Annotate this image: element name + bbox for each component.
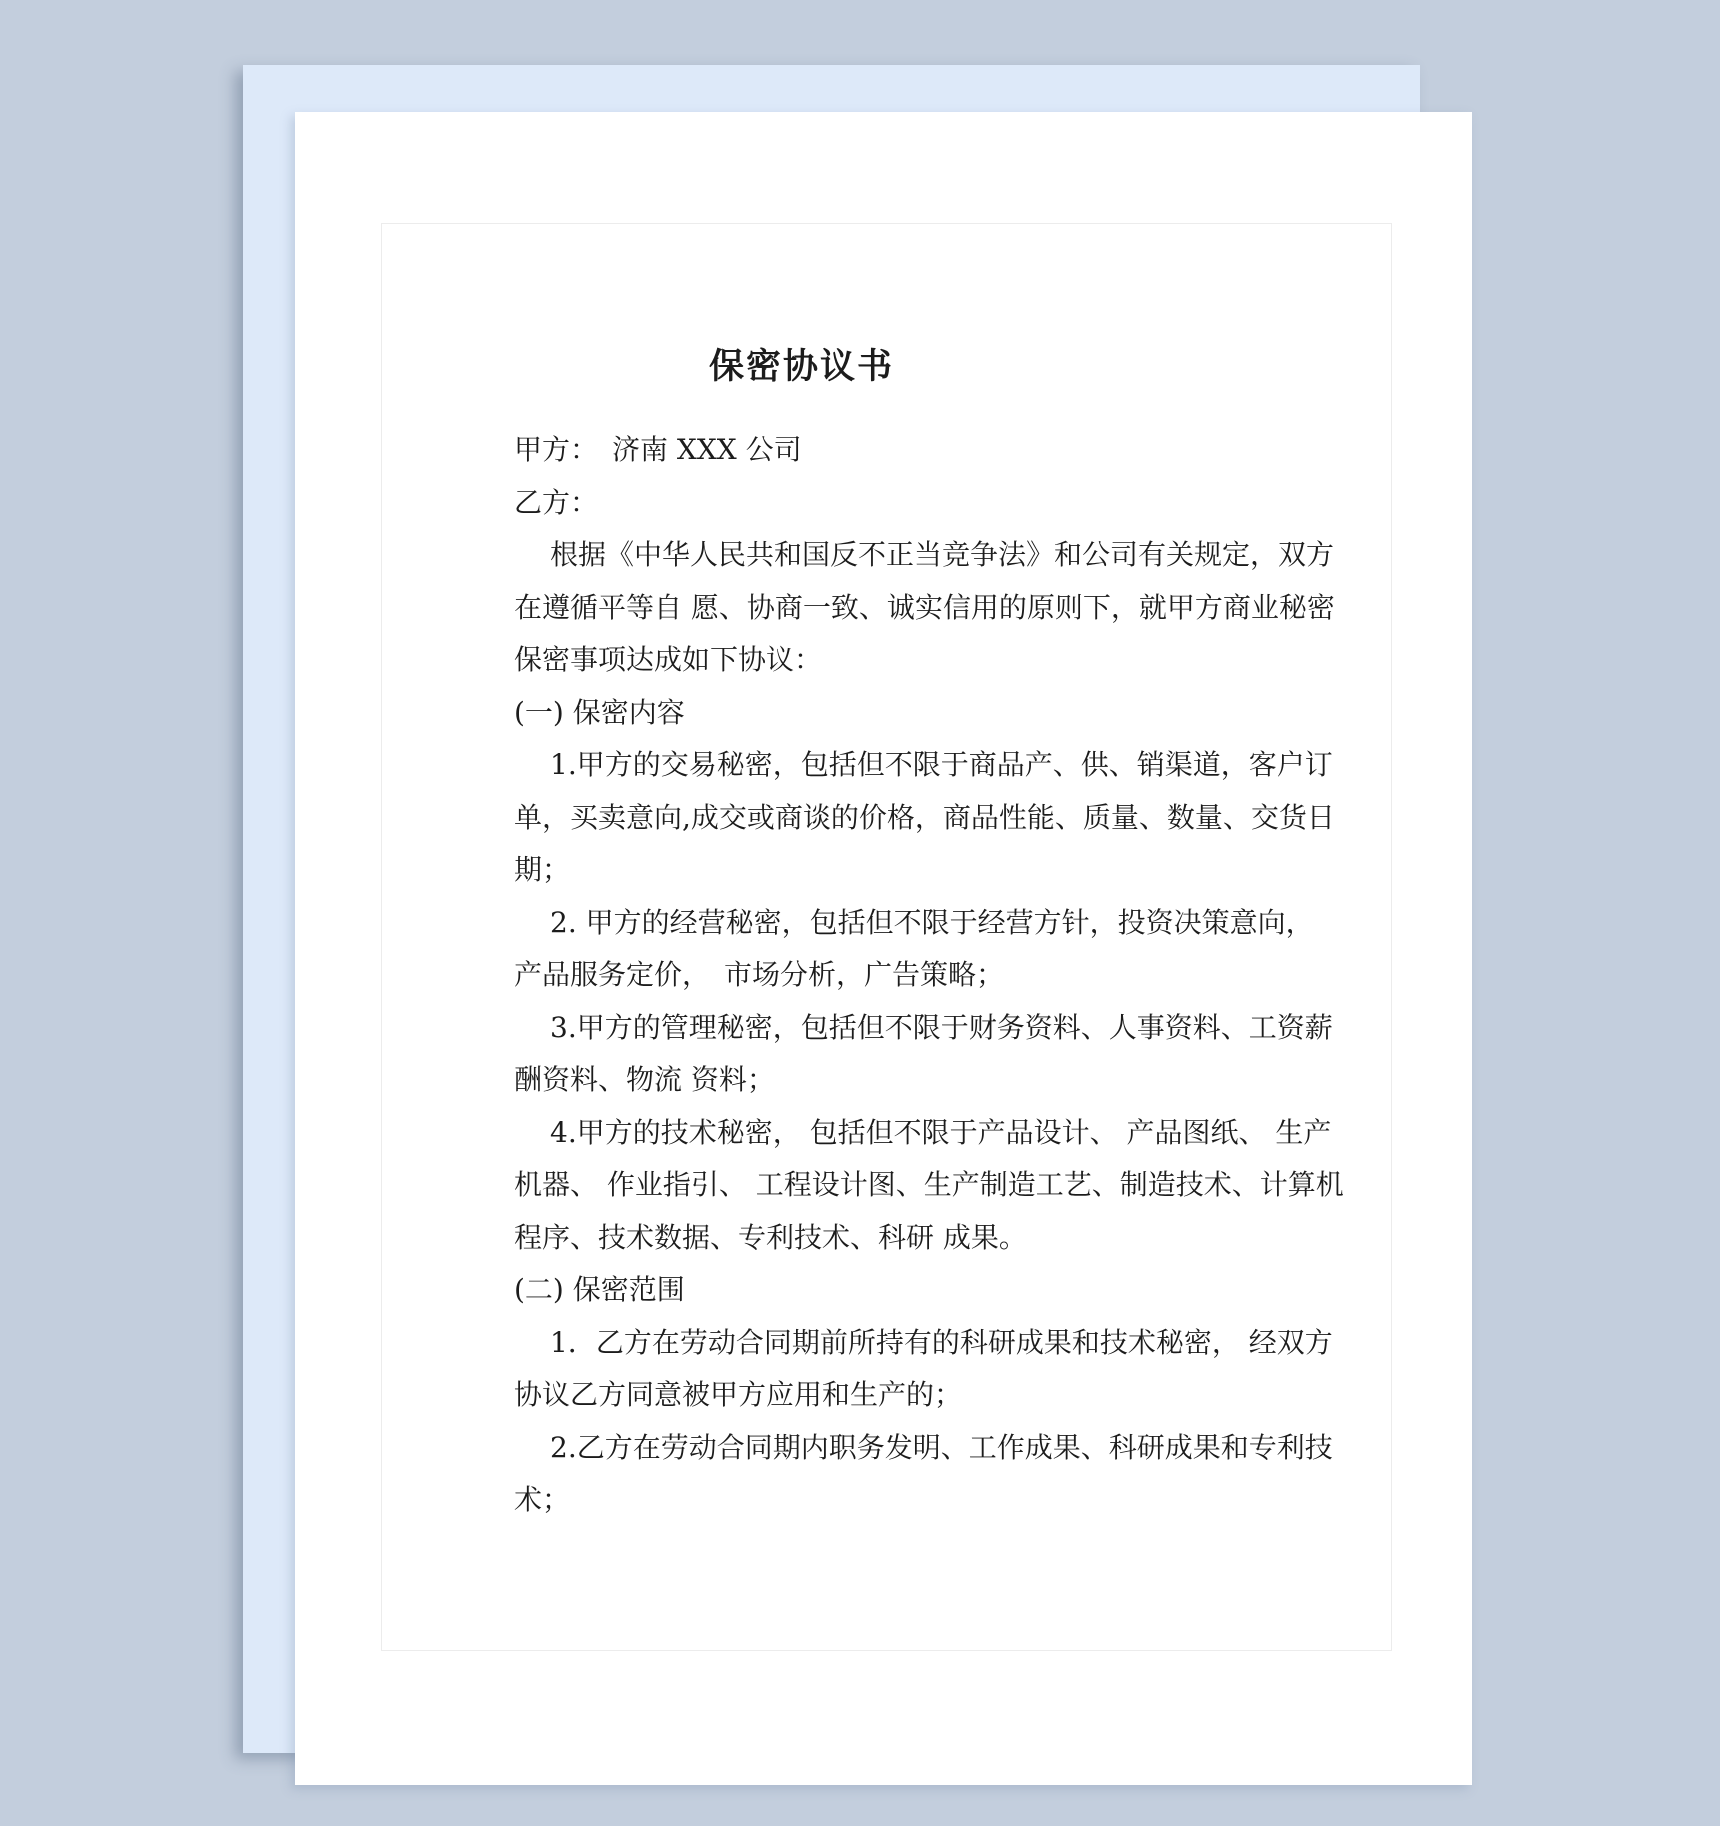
doc-line: 程序、技术数据、专利技术、科研 成果。: [514, 1212, 1265, 1265]
doc-line: 2.乙方在劳动合同期内职务发明、工作成果、科研成果和专利技: [514, 1422, 1265, 1475]
document-title: 保密协议书: [514, 341, 1089, 393]
doc-line: (二) 保密范围: [514, 1264, 1265, 1317]
doc-line: (一) 保密内容: [514, 687, 1265, 740]
doc-line: 甲方： 济南 XXX 公司: [514, 424, 1265, 477]
doc-line: 产品服务定价， 市场分析，广告策略；: [514, 949, 1265, 1002]
doc-line: 4.甲方的技术秘密， 包括但不限于产品设计、 产品图纸、 生产: [514, 1107, 1265, 1160]
doc-line: 期；: [514, 844, 1265, 897]
document-page: 保密协议书 甲方： 济南 XXX 公司乙方：根据《中华人民共和国反不正当竞争法》…: [295, 112, 1472, 1785]
doc-line: 1．乙方在劳动合同期前所持有的科研成果和技术秘密， 经双方: [514, 1317, 1265, 1370]
doc-line: 单，买卖意向,成交或商谈的价格，商品性能、质量、数量、交货日: [514, 792, 1265, 845]
desktop-background: 保密协议书 甲方： 济南 XXX 公司乙方：根据《中华人民共和国反不正当竞争法》…: [0, 0, 1720, 1826]
doc-line: 术；: [514, 1474, 1265, 1527]
doc-line: 酬资料、物流 资料；: [514, 1054, 1265, 1107]
doc-line: 在遵循平等自 愿、协商一致、诚实信用的原则下，就甲方商业秘密: [514, 582, 1265, 635]
doc-line: 3.甲方的管理秘密，包括但不限于财务资料、人事资料、工资薪: [514, 1002, 1265, 1055]
doc-line: 1.甲方的交易秘密，包括但不限于商品产、供、销渠道，客户订: [514, 739, 1265, 792]
document-body: 保密协议书 甲方： 济南 XXX 公司乙方：根据《中华人民共和国反不正当竞争法》…: [514, 341, 1265, 1527]
doc-line: 乙方：: [514, 477, 1265, 530]
doc-line: 保密事项达成如下协议：: [514, 634, 1265, 687]
doc-line: 协议乙方同意被甲方应用和生产的；: [514, 1369, 1265, 1422]
doc-line: 2. 甲方的经营秘密，包括但不限于经营方针，投资决策意向，: [514, 897, 1265, 950]
doc-line: 机器、 作业指引、 工程设计图、生产制造工艺、制造技术、计算机: [514, 1159, 1265, 1212]
doc-line: 根据《中华人民共和国反不正当竞争法》和公司有关规定，双方: [514, 529, 1265, 582]
document-lines: 甲方： 济南 XXX 公司乙方：根据《中华人民共和国反不正当竞争法》和公司有关规…: [514, 424, 1265, 1527]
